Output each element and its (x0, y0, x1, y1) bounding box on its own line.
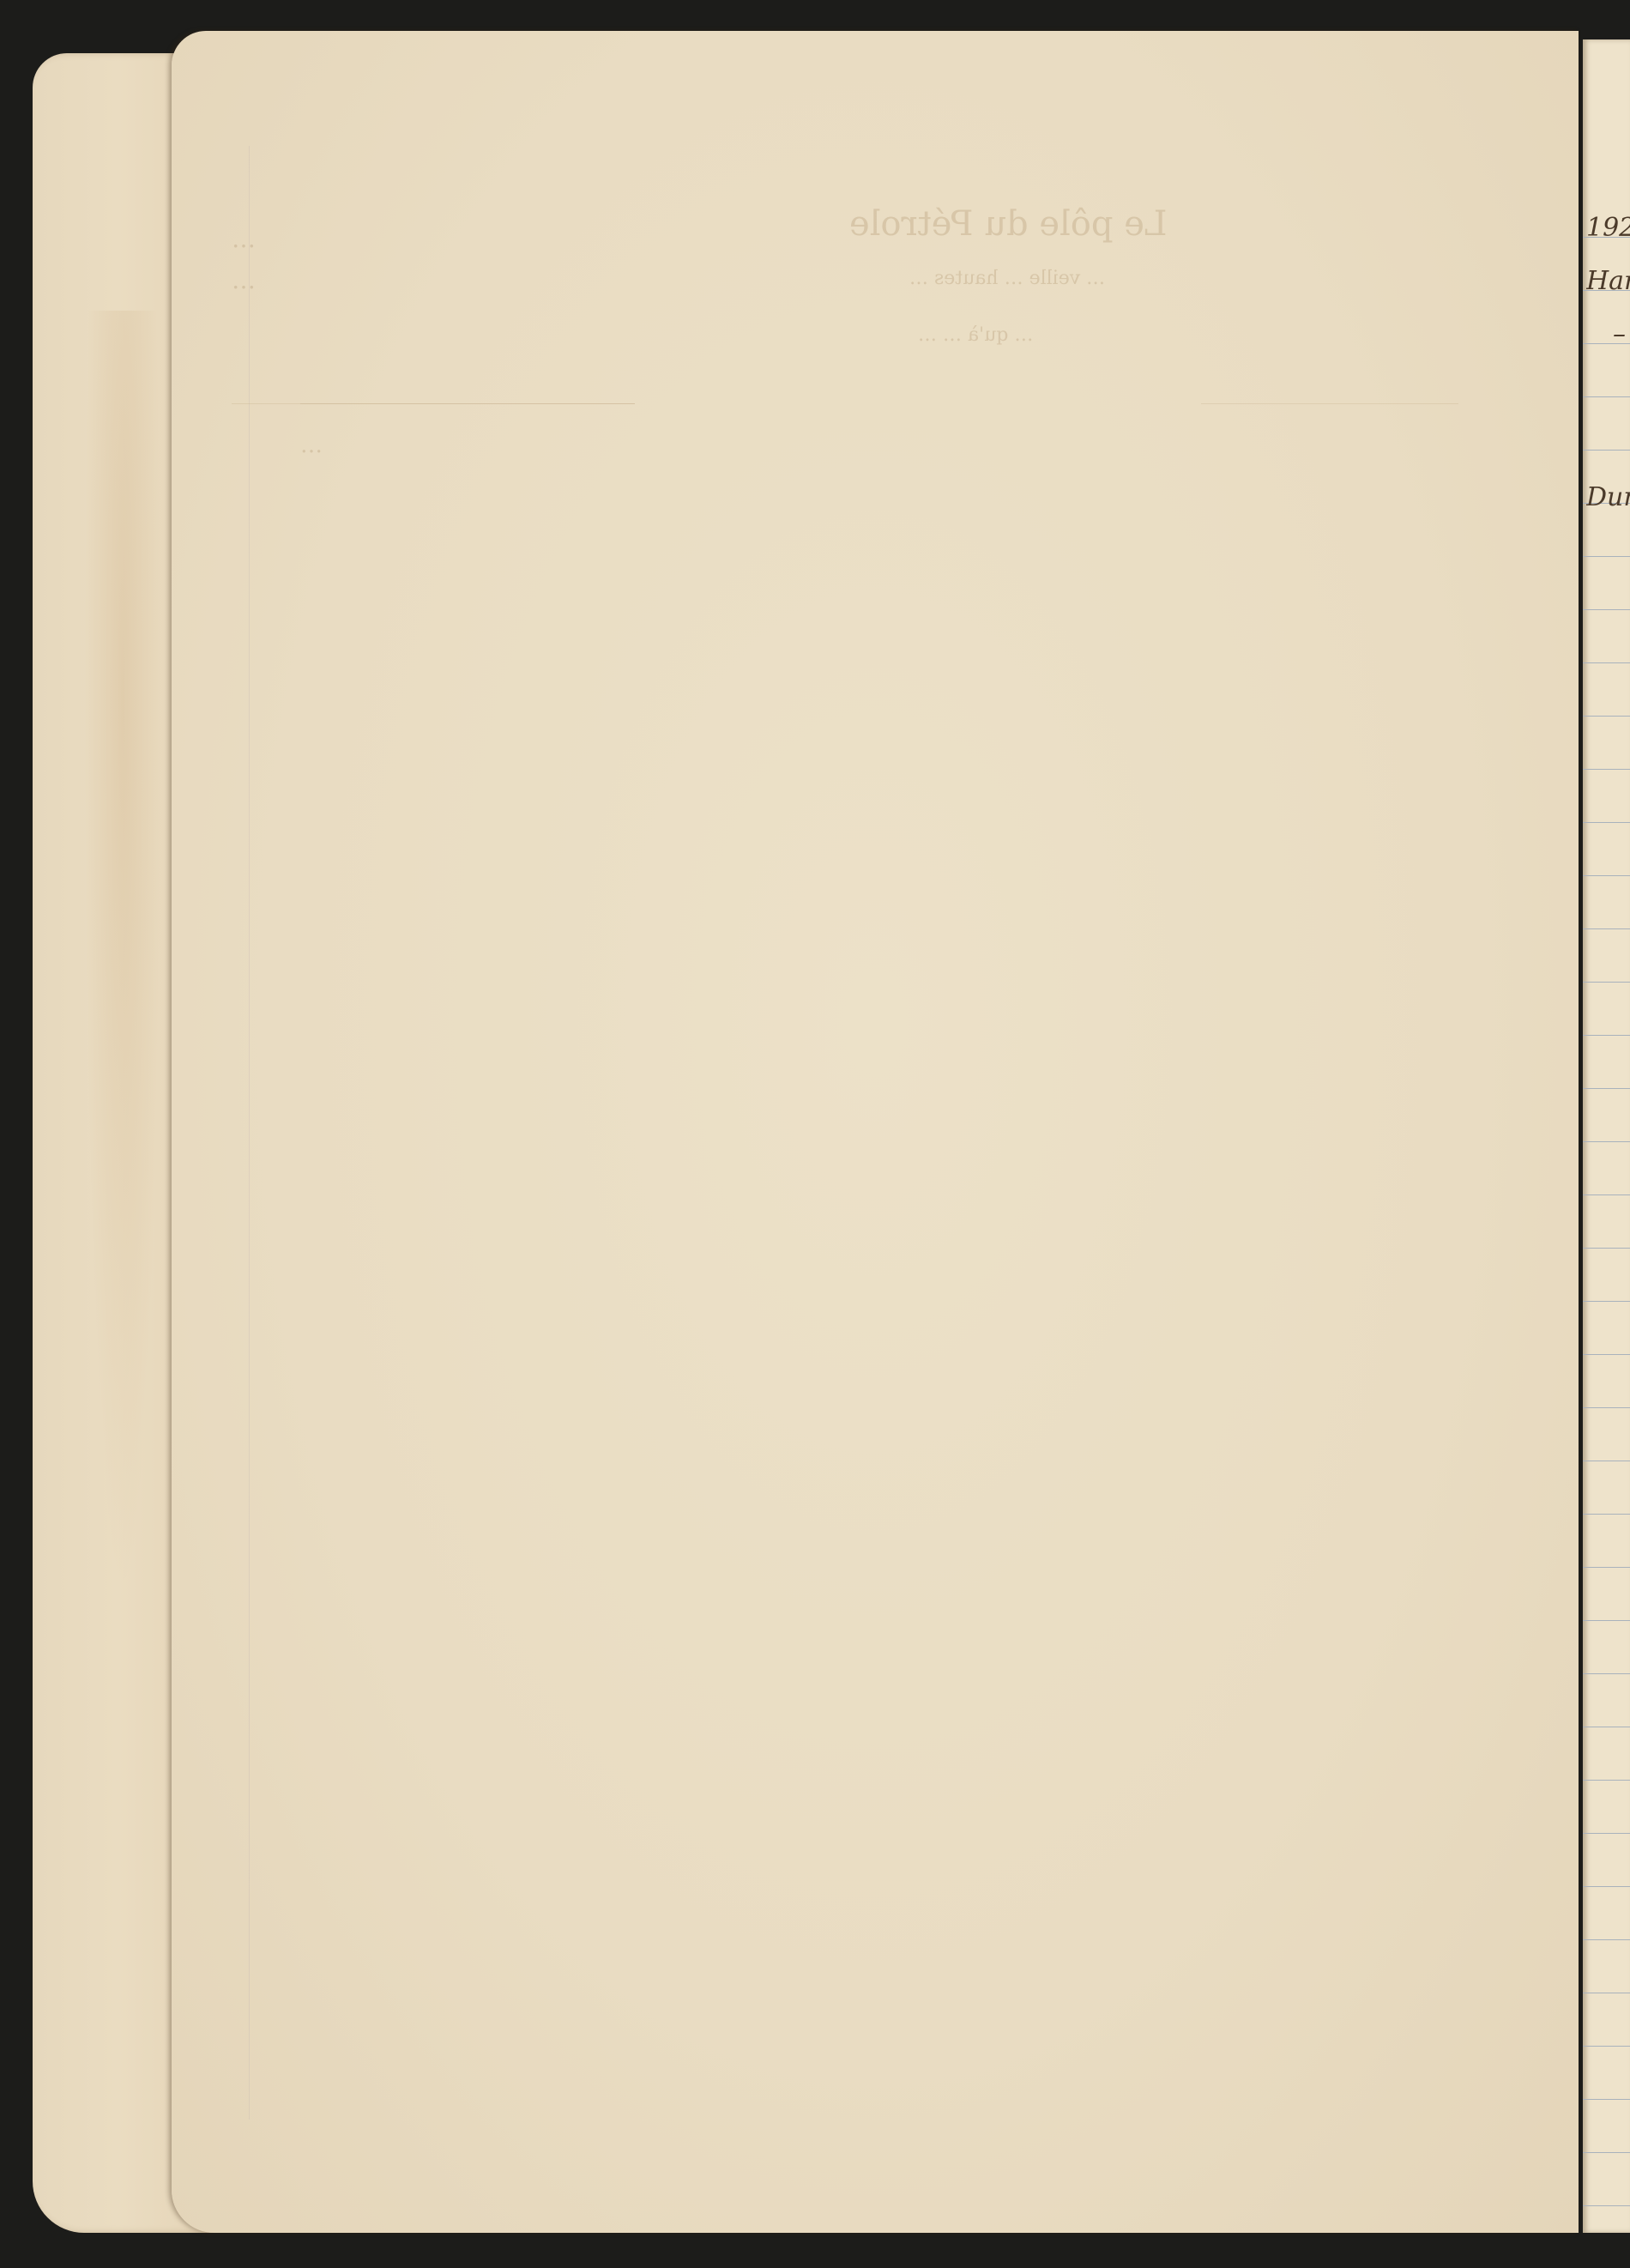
ruled-line (1583, 1301, 1630, 1302)
ruled-line (1583, 1088, 1630, 1089)
ruled-line (1583, 716, 1630, 717)
ruled-line (1583, 1620, 1630, 1621)
ruled-line (1583, 1194, 1630, 1195)
bleed-through-rule (300, 403, 635, 404)
ruled-line (1583, 1833, 1630, 1834)
ruled-line (1583, 1514, 1630, 1515)
ruled-line (1583, 1354, 1630, 1355)
ruled-line (1583, 396, 1630, 397)
ruled-line (1583, 1567, 1630, 1568)
bleed-through-line: … (232, 266, 256, 294)
bleed-through-line: … (232, 225, 256, 253)
ruled-line (1583, 2046, 1630, 2047)
ruled-line (1583, 450, 1630, 451)
ruled-line (1583, 662, 1630, 663)
ruled-line (1583, 822, 1630, 823)
handwriting-fragment: 192 (1586, 213, 1630, 243)
ruled-line (1583, 928, 1630, 929)
ruled-line (1583, 2152, 1630, 2153)
ruled-line (1583, 1780, 1630, 1781)
bleed-through-line: … veille … hautes … (909, 268, 1105, 289)
ruled-line (1583, 1886, 1630, 1887)
ruled-line (1583, 1035, 1630, 1036)
ruled-line (1583, 609, 1630, 610)
ruled-line (1583, 1727, 1630, 1727)
bleed-through-line: … qu'à … … (918, 324, 1033, 346)
ruled-line (1583, 2205, 1630, 2206)
water-stain (84, 311, 161, 1598)
ruled-line (1583, 982, 1630, 983)
ruled-line (1583, 875, 1630, 876)
ruled-line (1583, 1461, 1630, 1461)
ruled-line (1583, 1407, 1630, 1408)
handwriting-fragment: Dun (1586, 482, 1630, 512)
ruled-line (1583, 1673, 1630, 1674)
blank-page (172, 31, 1579, 2233)
handwriting-fragment: – (1613, 319, 1630, 349)
ruled-line (1583, 1141, 1630, 1142)
ruled-line (1583, 2099, 1630, 2100)
ruled-line (1583, 556, 1630, 557)
facing-page-edge (1583, 39, 1630, 2233)
bleed-through-rule (1201, 403, 1458, 404)
ruled-line (1583, 1248, 1630, 1249)
bleed-through-line: … (300, 432, 323, 458)
handwriting-fragment: Hars (1586, 266, 1630, 296)
margin-line (249, 146, 250, 2120)
ruled-line (1583, 1993, 1630, 1993)
bleed-through-title: Le pôle du Pétrole (849, 204, 1167, 244)
ruled-line (1583, 1939, 1630, 1940)
ruled-line (1583, 769, 1630, 770)
